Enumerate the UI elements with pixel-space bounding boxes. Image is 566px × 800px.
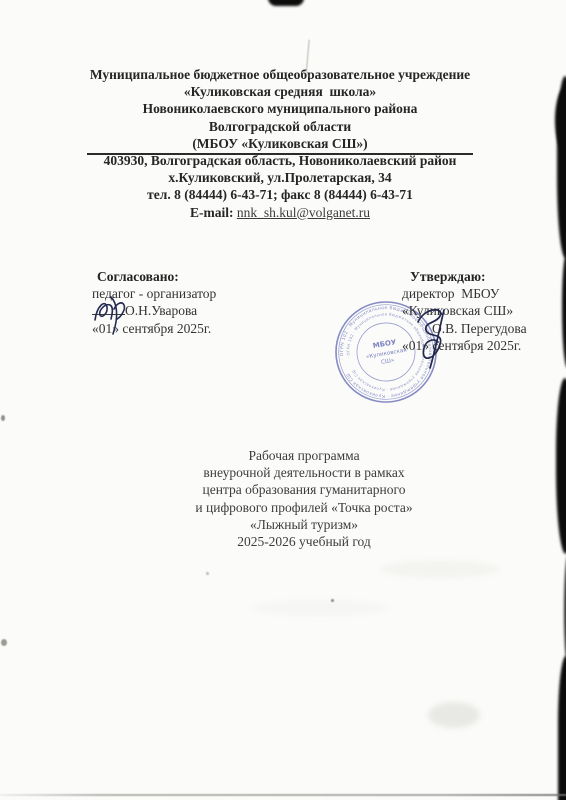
org-region-line: Волгоградской области bbox=[20, 118, 540, 135]
program-title-line-4: и цифрового профилей «Точка роста» bbox=[42, 499, 566, 516]
scan-speck-1 bbox=[1, 415, 5, 421]
email-label: E-mail: bbox=[190, 205, 237, 220]
agreed-signature-line: О.Н.Уварова bbox=[92, 302, 262, 319]
approved-name: О.В. Перегудова bbox=[432, 320, 527, 337]
program-title-block: Рабочая программа внеурочной деятельност… bbox=[42, 447, 566, 550]
program-title-line-1: Рабочая программа bbox=[42, 447, 566, 464]
approved-role-line-1: директор МБОУ bbox=[402, 285, 552, 302]
org-district-line: Новониколаевского муниципального района bbox=[20, 100, 540, 117]
program-title-line-2: внеурочной деятельности в рамках bbox=[42, 464, 566, 481]
scan-speck-2 bbox=[1, 639, 7, 646]
scan-smudge-3 bbox=[250, 600, 390, 616]
agreed-title: Согласовано: bbox=[92, 268, 262, 285]
agreed-block: Согласовано: педагог - организатор О.Н.У… bbox=[92, 268, 262, 337]
letterhead: Муниципальное бюджетное общеобразователь… bbox=[20, 66, 540, 221]
scan-smudge-2 bbox=[380, 560, 500, 578]
scanned-document-page: Муниципальное бюджетное общеобразователь… bbox=[0, 0, 566, 800]
scan-artifact-top-blob bbox=[268, 0, 304, 6]
approved-block: Утверждаю: директор МБОУ «Куликовская СШ… bbox=[402, 268, 552, 354]
org-name-line-1: Муниципальное бюджетное общеобразователь… bbox=[20, 66, 540, 83]
scan-artifact-right-blob-2 bbox=[562, 250, 566, 368]
stamp-center-line-1: МБОУ bbox=[372, 338, 397, 350]
signature-left-underline bbox=[92, 302, 125, 315]
scan-speck-3 bbox=[206, 572, 209, 575]
program-title-line-6: 2025-2026 учебный год bbox=[42, 533, 566, 550]
program-title-line-5: «Лыжный туризм» bbox=[42, 516, 566, 533]
approved-signature-line: О.В. Перегудова bbox=[402, 320, 552, 337]
address-line-2: х.Куликовский, ул.Пролетарская, 34 bbox=[20, 169, 540, 186]
approved-role-line-2: «Куликовская СШ» bbox=[402, 302, 552, 319]
email-address: nnk_sh.kul@volganet.ru bbox=[237, 205, 370, 220]
program-title-line-3: центра образования гуманитарного bbox=[42, 481, 566, 498]
phone-fax-line: тел. 8 (84444) 6-43-71; факс 8 (84444) 6… bbox=[20, 186, 540, 203]
email-line: E-mail: nnk_sh.kul@volganet.ru bbox=[20, 204, 540, 221]
agreed-name: О.Н.Уварова bbox=[125, 303, 197, 318]
approved-date: «01» сентября 2025г. bbox=[402, 337, 552, 354]
agreed-role: педагог - организатор bbox=[92, 285, 262, 302]
scan-artifact-right-blob-5 bbox=[558, 656, 566, 800]
org-name-line-2: «Куликовская средняя школа» bbox=[20, 83, 540, 100]
approved-title: Утверждаю: bbox=[402, 268, 552, 285]
scan-speck-4 bbox=[331, 599, 334, 602]
scan-smudge-1 bbox=[428, 702, 480, 728]
agreed-date: «01» сентября 2025г. bbox=[92, 320, 262, 337]
scan-artifact-bottom-edge bbox=[0, 794, 566, 797]
stamp-center-line-3: СШ» bbox=[381, 358, 395, 366]
org-abbreviation-line: (МБОУ «Куликовская СШ») bbox=[20, 135, 540, 152]
